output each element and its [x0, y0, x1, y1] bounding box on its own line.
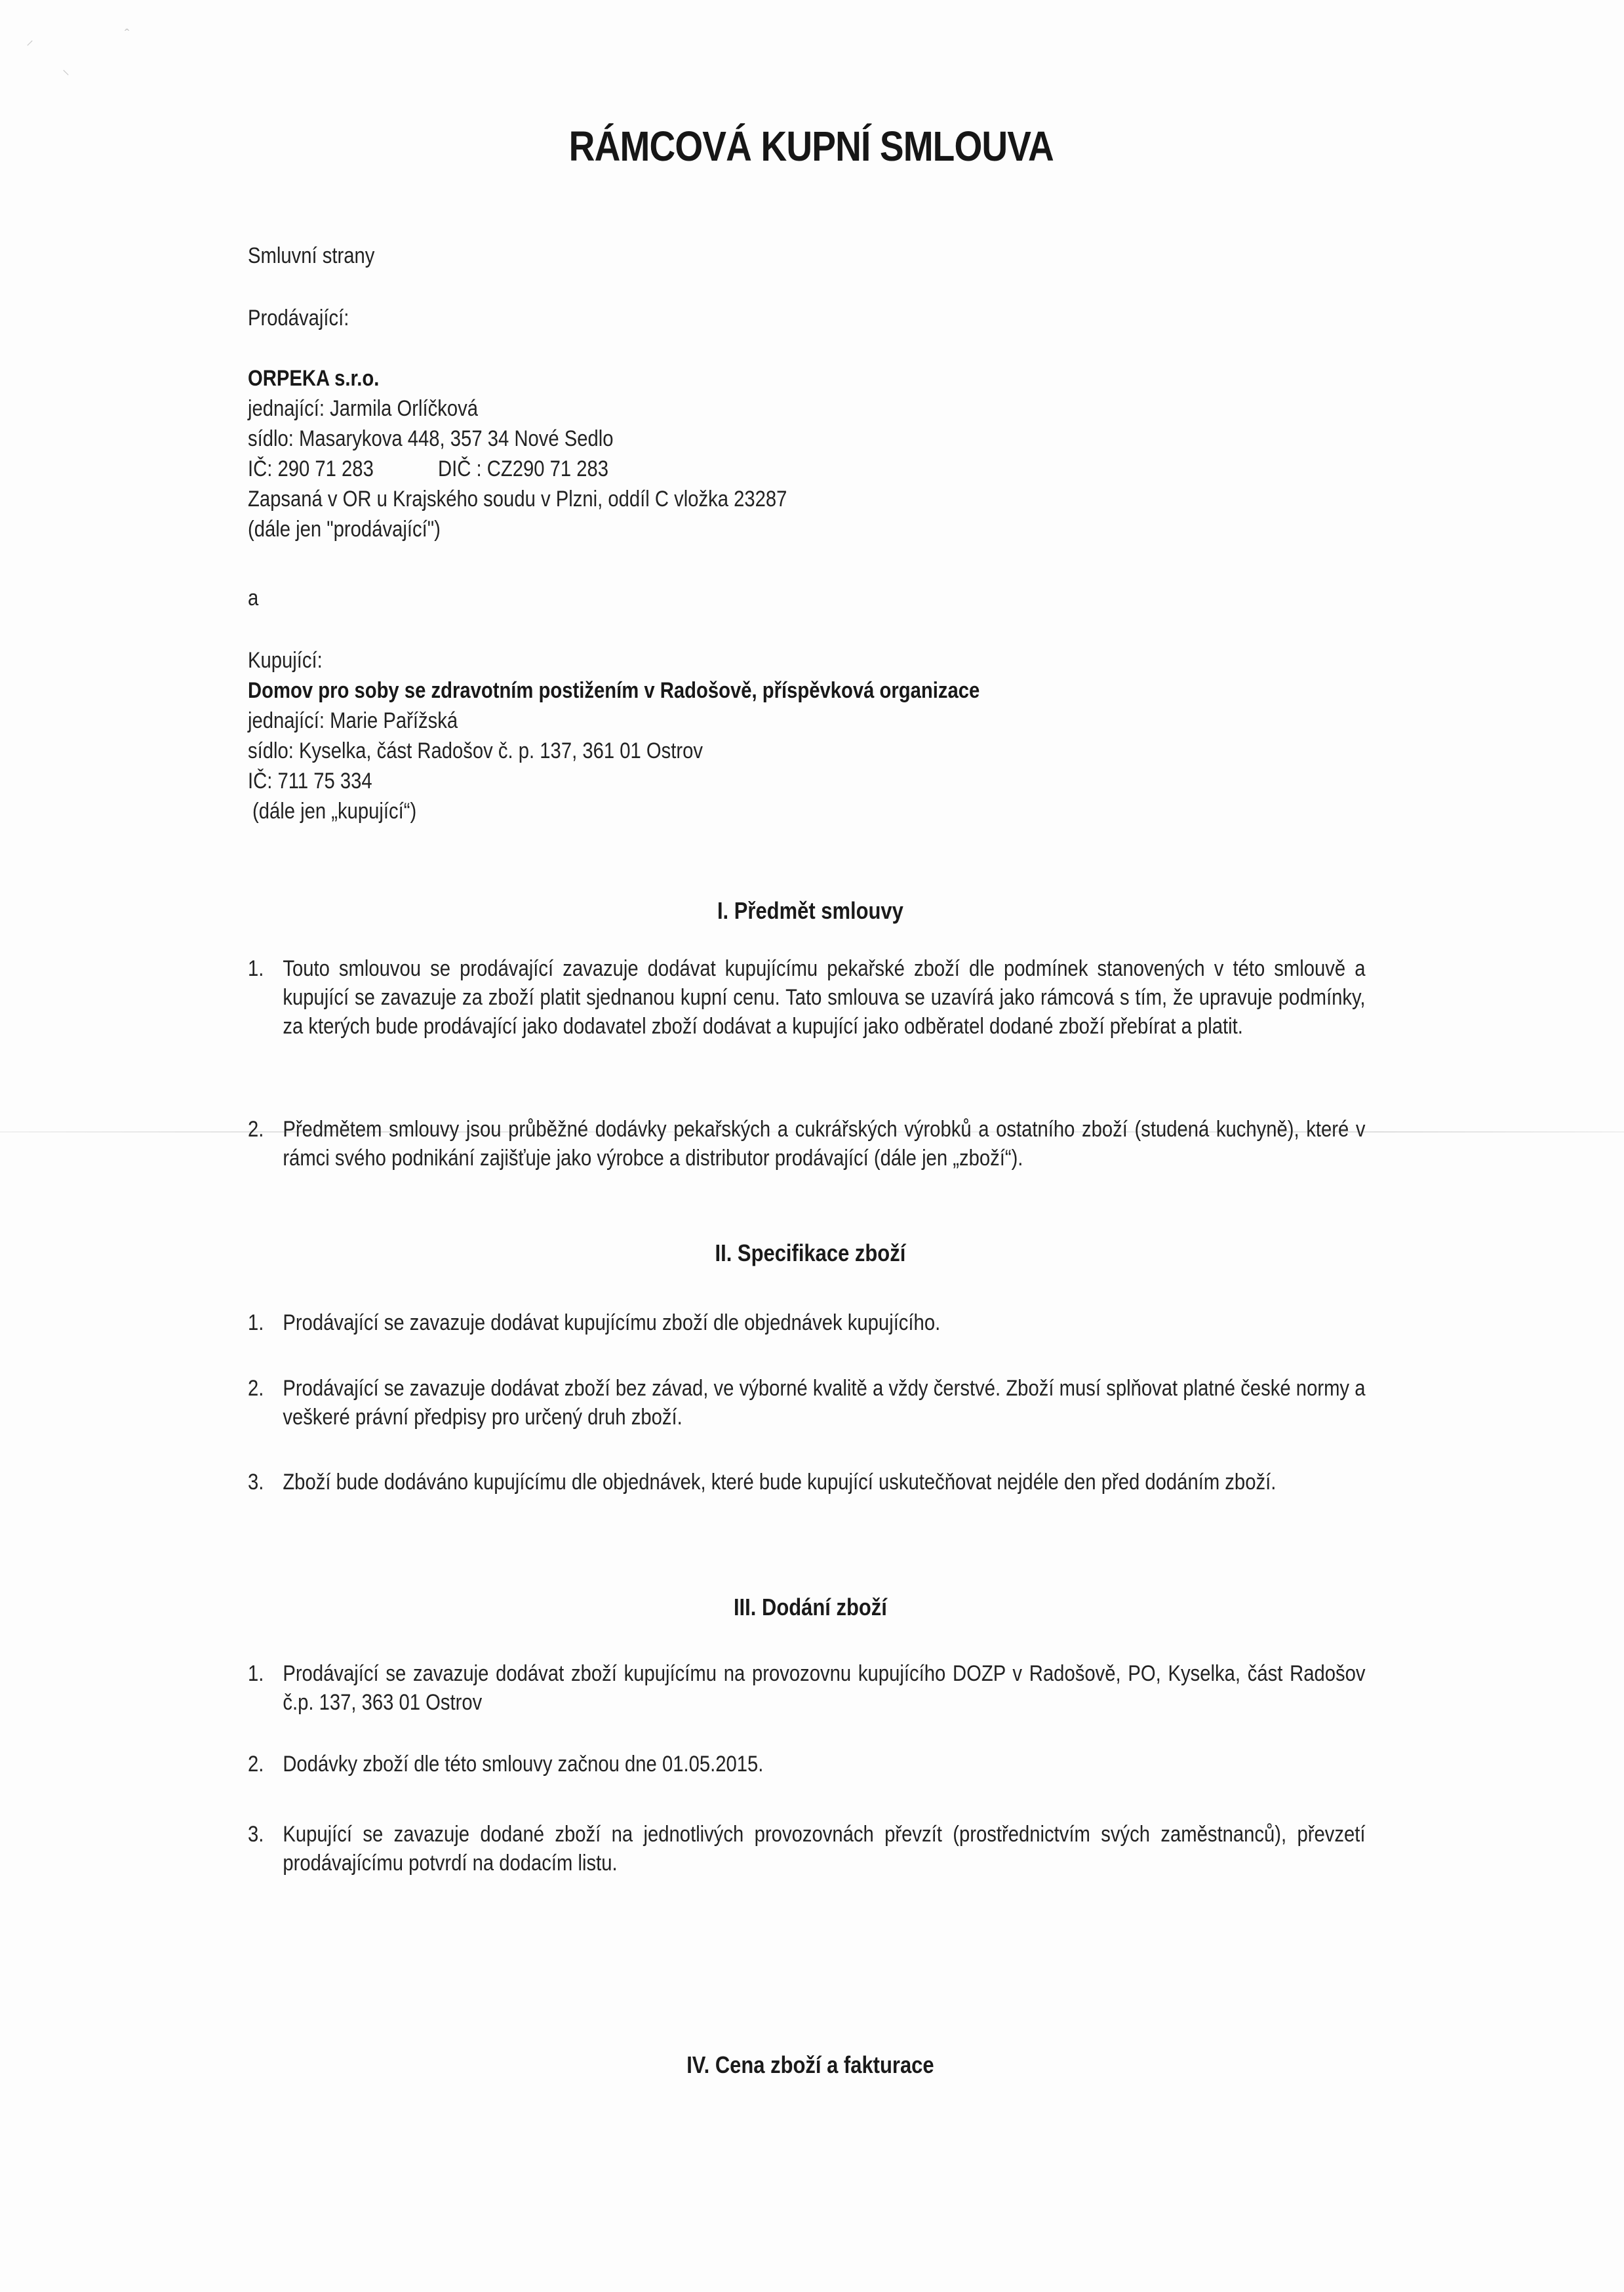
parties-conjunction: a	[248, 584, 258, 613]
clause-III-1: 1. Prodávající se zavazuje dodávat zboží…	[248, 1659, 1376, 1717]
clause-number: 2.	[248, 1115, 264, 1144]
clause-text: Zboží bude dodáváno kupujícímu dle objed…	[283, 1468, 1365, 1497]
scan-speck: ⸜	[62, 59, 69, 79]
seller-address: sídlo: Masarykova 448, 357 34 Nové Sedlo	[248, 424, 614, 453]
clause-III-2: 2. Dodávky zboží dle této smlouvy začnou…	[248, 1750, 1376, 1779]
seller-dic: DIČ : CZ290 71 283	[438, 454, 608, 483]
buyer-address: sídlo: Kyselka, část Radošov č. p. 137, …	[248, 736, 703, 765]
clause-text: Dodávky zboží dle této smlouvy začnou dn…	[283, 1750, 1365, 1779]
scan-speck: ⸝	[26, 30, 33, 49]
clause-III-3: 3. Kupující se zavazuje dodané zboží na …	[248, 1820, 1376, 1878]
clause-number: 1.	[248, 1308, 264, 1337]
buyer-name: Domov pro soby se zdravotním postižením …	[248, 676, 980, 705]
clause-text: Prodávající se zavazuje dodávat zboží be…	[283, 1374, 1365, 1432]
clause-number: 2.	[248, 1750, 264, 1779]
clause-II-2: 2. Prodávající se zavazuje dodávat zboží…	[248, 1374, 1376, 1432]
clause-number: 3.	[248, 1820, 264, 1849]
seller-alias: (dále jen "prodávající")	[248, 515, 441, 544]
scanned-page: ⸝ ⸜ ˆ RÁMCOVÁ KUPNÍ SMLOUVA Smluvní stra…	[0, 0, 1624, 2292]
seller-role-label: Prodávající:	[248, 304, 349, 332]
document-title: RÁMCOVÁ KUPNÍ SMLOUVA	[113, 122, 1509, 171]
clause-text: Prodávající se zavazuje dodávat kupující…	[283, 1308, 1365, 1337]
clause-number: 2.	[248, 1374, 264, 1403]
seller-representative: jednající: Jarmila Orlíčková	[248, 394, 478, 423]
clause-II-1: 1. Prodávající se zavazuje dodávat kupuj…	[248, 1308, 1376, 1337]
buyer-ic: IČ: 711 75 334	[248, 767, 372, 795]
buyer-alias: (dále jen „kupující“)	[252, 797, 416, 826]
section-heading-delivery: III. Dodání zboží	[112, 1594, 1509, 1621]
scan-speck: ˆ	[125, 26, 129, 43]
clause-I-2: 2. Předmětem smlouvy jsou průběžné dodáv…	[248, 1115, 1376, 1173]
seller-name: ORPEKA s.r.o.	[248, 364, 379, 393]
section-heading-price-invoicing: IV. Cena zboží a fakturace	[112, 2051, 1509, 2079]
clause-text: Touto smlouvou se prodávající zavazuje d…	[283, 954, 1365, 1041]
clause-number: 3.	[248, 1468, 264, 1497]
buyer-role-label: Kupující:	[248, 646, 323, 675]
clause-II-3: 3. Zboží bude dodáváno kupujícímu dle ob…	[248, 1468, 1376, 1497]
clause-text: Předmětem smlouvy jsou průběžné dodávky …	[283, 1115, 1365, 1173]
buyer-representative: jednající: Marie Pařížská	[248, 706, 458, 735]
clause-text: Kupující se zavazuje dodané zboží na jed…	[283, 1820, 1365, 1878]
section-heading-subject: I. Předmět smlouvy	[112, 897, 1509, 925]
clause-number: 1.	[248, 1659, 264, 1688]
seller-registration: Zapsaná v OR u Krajského soudu v Plzni, …	[248, 485, 787, 513]
section-heading-specification: II. Specifikace zboží	[112, 1239, 1509, 1267]
clause-number: 1.	[248, 954, 264, 983]
seller-ic: IČ: 290 71 283	[248, 454, 374, 483]
parties-label: Smluvní strany	[248, 241, 374, 270]
clause-text: Prodávající se zavazuje dodávat zboží ku…	[283, 1659, 1365, 1717]
clause-I-1: 1. Touto smlouvou se prodávající zavazuj…	[248, 954, 1376, 1041]
